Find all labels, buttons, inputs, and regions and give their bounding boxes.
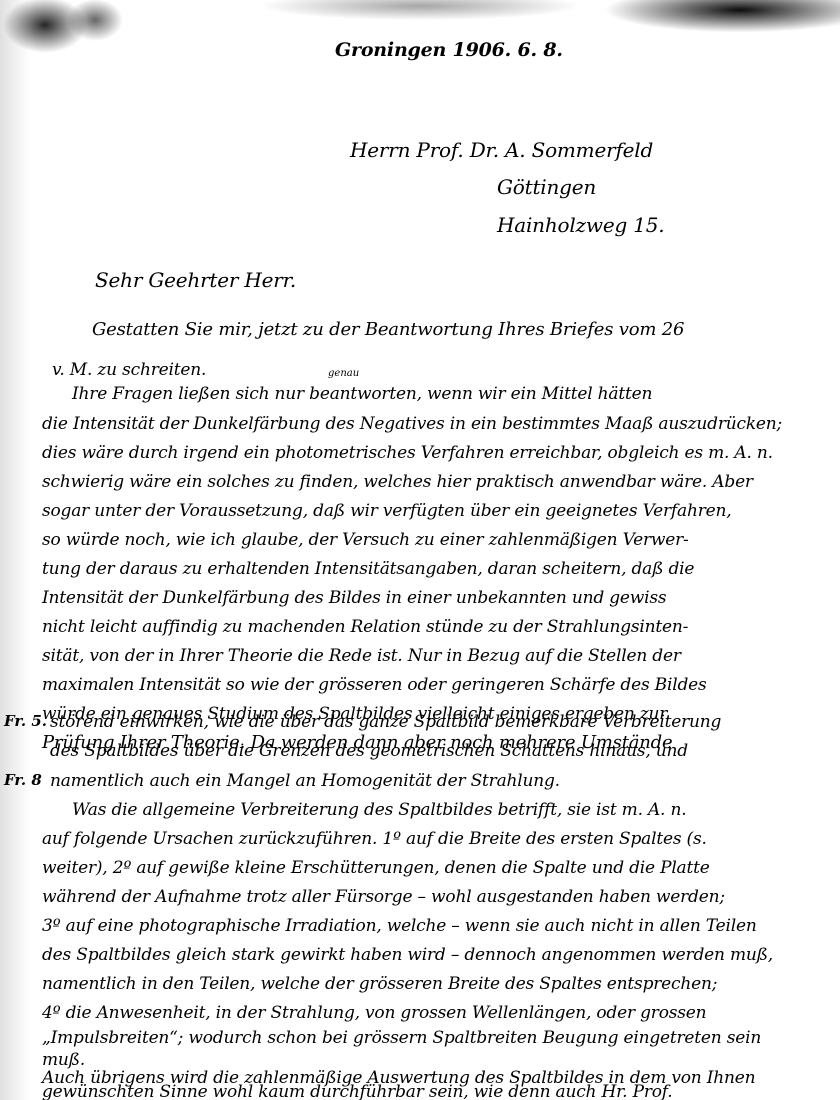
letter-line: 4º die Anwesenheit, in der Strahlung, vo… xyxy=(42,1003,706,1023)
letter-line: sität, von der in Ihrer Theorie die Rede… xyxy=(42,646,681,666)
margin-note-fr5: Fr. 5. xyxy=(4,712,47,730)
letter-line: muß. xyxy=(42,1050,85,1070)
date-line: Groningen 1906. 6. 8. xyxy=(335,40,563,60)
letter-line: Was die allgemeine Verbreiterung des Spa… xyxy=(72,800,686,820)
letter-line: so würde noch, wie ich glaube, der Versu… xyxy=(42,530,689,550)
letter-line: nicht leicht auffindig zu machenden Rela… xyxy=(42,617,688,637)
letter-line: des Spaltbildes gleich stark gewirkt hab… xyxy=(42,945,773,965)
margin-note-fr8: Fr. 8 xyxy=(4,771,42,789)
letter-line: dies wäre durch irgend ein photometrisch… xyxy=(42,443,773,463)
letter-line: namentlich auch ein Mangel an Homogenitä… xyxy=(50,771,560,791)
letter-line: während der Aufnahme trotz aller Fürsorg… xyxy=(42,887,725,907)
insertion-above: genau xyxy=(328,368,359,379)
letter-line: namentlich in den Teilen, welche der grö… xyxy=(42,974,717,994)
scanned-letter-page: Groningen 1906. 6. 8. Herrn Prof. Dr. A.… xyxy=(0,0,840,1100)
letter-line: des Spaltbildes über die Grenzen des geo… xyxy=(50,741,688,761)
letter-line: auf folgende Ursachen zurückzuführen. 1º… xyxy=(42,829,707,849)
letter-line: schwierig wäre ein solches zu finden, we… xyxy=(42,472,753,492)
recipient-city: Göttingen xyxy=(497,177,596,197)
letter-line: v. M. zu schreiten. xyxy=(52,360,206,380)
letter-line: maximalen Intensität so wie der grössere… xyxy=(42,675,707,695)
letter-line: Ihre Fragen ließen sich nur beantworten,… xyxy=(72,384,652,404)
recipient-street: Hainholzweg 15. xyxy=(497,215,664,235)
salutation: Sehr Geehrter Herr. xyxy=(95,270,296,290)
letter-line: gewünschten Sinne wohl kaum durchführbar… xyxy=(42,1082,672,1100)
letter-line: Intensität der Dunkelfärbung des Bildes … xyxy=(42,588,666,608)
letter-line: Gestatten Sie mir, jetzt zu der Beantwor… xyxy=(92,320,684,340)
letter-line: 3º auf eine photographische Irradiation,… xyxy=(42,916,757,936)
letter-line: die Intensität der Dunkelfärbung des Neg… xyxy=(42,414,782,434)
letter-line: störend einwirken, wie die über das ganz… xyxy=(50,712,721,732)
letter-line: tung der daraus zu erhaltenden Intensitä… xyxy=(42,559,694,579)
letter-line: „Impulsbreiten“; wodurch schon bei gröss… xyxy=(42,1028,761,1048)
letter-line: sogar unter der Voraussetzung, daß wir v… xyxy=(42,501,731,521)
recipient-name: Herrn Prof. Dr. A. Sommerfeld xyxy=(350,140,653,160)
letter-line: weiter), 2º auf gewiße kleine Erschütter… xyxy=(42,858,710,878)
scan-noise-left xyxy=(0,0,30,1100)
